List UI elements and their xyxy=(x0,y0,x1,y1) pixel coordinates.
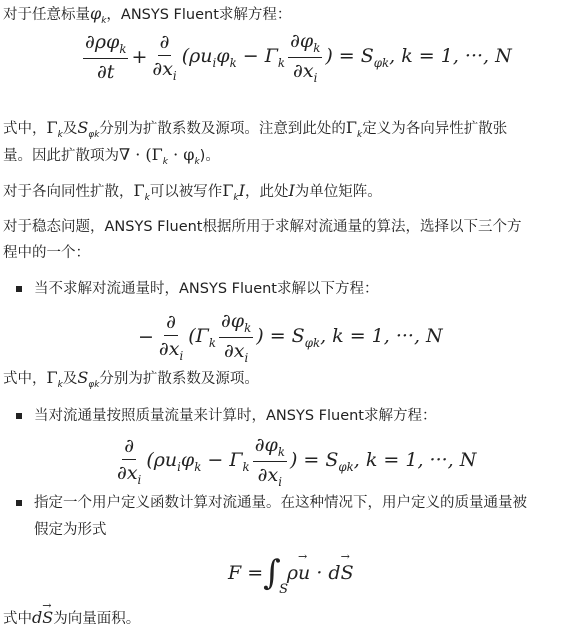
text: 及 xyxy=(63,121,78,137)
math-sub: k xyxy=(313,41,320,55)
math-sub: φk xyxy=(338,460,353,474)
math: (ρu xyxy=(146,449,177,471)
equation-mass-flux: ∂∂xi (ρuiφk − Γk ∂φk∂xi ) = Sφk, k = 1, … xyxy=(112,434,476,489)
math: φ xyxy=(181,449,194,471)
math-sub: i xyxy=(314,71,318,85)
text: 量。因此扩散项为 xyxy=(3,148,119,164)
math-sub: φk xyxy=(374,56,389,70)
math: (Γ xyxy=(188,325,209,347)
text: 式中， xyxy=(3,121,47,137)
bullet-icon xyxy=(16,286,22,292)
math: ) = S xyxy=(256,325,304,347)
math-sub: i xyxy=(179,349,183,363)
text: 及 xyxy=(63,371,78,387)
math-sub: k xyxy=(119,42,126,56)
math: − Γ xyxy=(201,449,242,471)
text: ，ANSYS Fluent求解方程： xyxy=(106,7,291,23)
math-gamma: Γ xyxy=(346,118,357,137)
paragraph-gamma-def: 式中，Γk及Sφk分别为扩散系数及源项。注意到此处的Γk定义为各向异性扩散张 xyxy=(3,118,507,145)
math-sub: k xyxy=(278,445,285,459)
paragraph-area-vector: 式中dS为向量面积。 xyxy=(3,608,140,629)
math-op: + xyxy=(131,46,147,68)
math-sub: k xyxy=(244,321,251,335)
text: 为向量面积。 xyxy=(53,611,140,627)
text: 对于任意标量 xyxy=(3,7,90,23)
integral-sign: ∫S xyxy=(263,556,281,590)
text: ，此处 xyxy=(245,184,289,200)
math: − Γ xyxy=(237,45,278,67)
fraction: ∂φk∂xi xyxy=(253,434,287,489)
math-sub: φk xyxy=(305,336,320,350)
math-gamma: Γ xyxy=(47,118,58,137)
math: ∂φ xyxy=(290,30,313,52)
math: , k = 1, ···, N xyxy=(354,449,477,471)
bullet-icon xyxy=(16,413,22,419)
fraction: ∂∂xi xyxy=(157,311,185,363)
math: ∂x xyxy=(258,464,279,486)
equation-transport: ∂ρφk∂t + ∂∂xi (ρuiφk − Γk ∂φk∂xi ) = Sφk… xyxy=(80,30,512,85)
math: ) = S xyxy=(290,449,338,471)
text: 定义为各向异性扩散张 xyxy=(362,121,507,137)
text: 可以被写作 xyxy=(150,184,223,200)
math: ) = S xyxy=(325,45,373,67)
math-op: − xyxy=(138,326,154,348)
math: φ xyxy=(216,45,229,67)
bullet-item-mass-flux: 当对流通量按照质量流量来计算时，ANSYS Fluent求解方程： xyxy=(34,406,437,426)
math: F = xyxy=(228,562,263,584)
math-vector-u: u xyxy=(298,562,310,584)
math: , k = 1, ···, N xyxy=(320,325,443,347)
bullet-icon xyxy=(16,500,22,506)
math-sub: k xyxy=(278,56,285,70)
math: ∂t xyxy=(95,59,116,83)
math: · d xyxy=(310,562,340,584)
math-sub: i xyxy=(173,69,177,83)
text: 对于各向同性扩散， xyxy=(3,184,134,200)
math: ∂x xyxy=(293,60,314,82)
fraction: ∂φk∂xi xyxy=(219,310,253,365)
text: 为单位矩阵。 xyxy=(295,184,382,200)
math-gamma: Γ xyxy=(134,181,145,200)
math-phi: φ xyxy=(90,4,101,23)
math: ∂ρφ xyxy=(85,31,119,53)
math: ∂x xyxy=(152,58,173,80)
equation-diffusion-only: − ∂∂xi (Γk ∂φk∂xi ) = Sφk, k = 1, ···, N xyxy=(138,310,443,365)
math-gamma: Γ xyxy=(222,181,233,200)
math: · φ xyxy=(168,145,194,164)
math-sub: k xyxy=(243,460,250,474)
fraction: ∂∂xi xyxy=(115,435,143,487)
math-sub: k xyxy=(230,56,237,70)
math: ∂φ xyxy=(255,434,278,456)
text: 式中 xyxy=(3,611,32,627)
math: ∇ · (Γ xyxy=(119,145,163,164)
paragraph-coeff-def: 式中，Γk及Sφk分别为扩散系数及源项。 xyxy=(3,368,259,395)
paragraph-steady-cont: 程中的一个： xyxy=(3,243,90,263)
equation-flux-integral: F = ∫S ρu · dS xyxy=(228,556,354,590)
bullet-item-udf: 指定一个用户定义函数计算对流通量。在这种情况下，用户定义的质量通量被 xyxy=(34,493,527,513)
math: ∂φ xyxy=(221,310,244,332)
bullet-item-udf-cont: 假定为形式 xyxy=(34,520,107,540)
math: ρ xyxy=(287,562,298,584)
math-sub: k xyxy=(209,336,216,350)
fraction: ∂∂xi xyxy=(150,31,178,83)
math-sub: φk xyxy=(88,130,99,140)
bullet-item-no-convection: 当不求解对流通量时，ANSYS Fluent求解以下方程： xyxy=(34,279,379,299)
fraction: ∂φk∂xi xyxy=(288,30,322,85)
math-s: S xyxy=(77,368,88,387)
math: , k = 1, ···, N xyxy=(389,45,512,67)
math-sub: i xyxy=(138,473,142,487)
math-sub: φk xyxy=(88,380,99,390)
intro-paragraph: 对于任意标量φk，ANSYS Fluent求解方程： xyxy=(3,4,291,31)
math-sub: S xyxy=(279,583,288,596)
text: 分别为扩散系数及源项。注意到此处的 xyxy=(99,121,346,137)
math-sub: i xyxy=(245,351,249,365)
math: (ρu xyxy=(182,45,213,67)
math: ∂x xyxy=(159,338,180,360)
math: ∂ xyxy=(158,31,172,56)
math-vector-s: S xyxy=(341,562,354,584)
fraction: ∂ρφk∂t xyxy=(83,31,128,83)
text: 式中， xyxy=(3,371,47,387)
math: ∂x xyxy=(117,462,138,484)
text: 分别为扩散系数及源项。 xyxy=(99,371,259,387)
text: )。 xyxy=(200,148,220,164)
math-s: S xyxy=(77,118,88,137)
math: ∂ xyxy=(164,311,178,336)
paragraph-steady: 对于稳态问题，ANSYS Fluent根据所用于求解对流通量的算法，选择以下三个… xyxy=(3,217,522,237)
math-gamma: Γ xyxy=(47,368,58,387)
paragraph-isotropic: 对于各向同性扩散，Γk可以被写作ΓkI，此处I为单位矩阵。 xyxy=(3,181,382,208)
paragraph-diffusion-term: 量。因此扩散项为∇ · (Γk · φk)。 xyxy=(3,145,220,172)
math: ∂x xyxy=(224,340,245,362)
math-d: d xyxy=(32,608,42,627)
math: ∂ xyxy=(122,435,136,460)
math-vector-s: S xyxy=(42,608,53,628)
math-sub: i xyxy=(278,475,282,489)
